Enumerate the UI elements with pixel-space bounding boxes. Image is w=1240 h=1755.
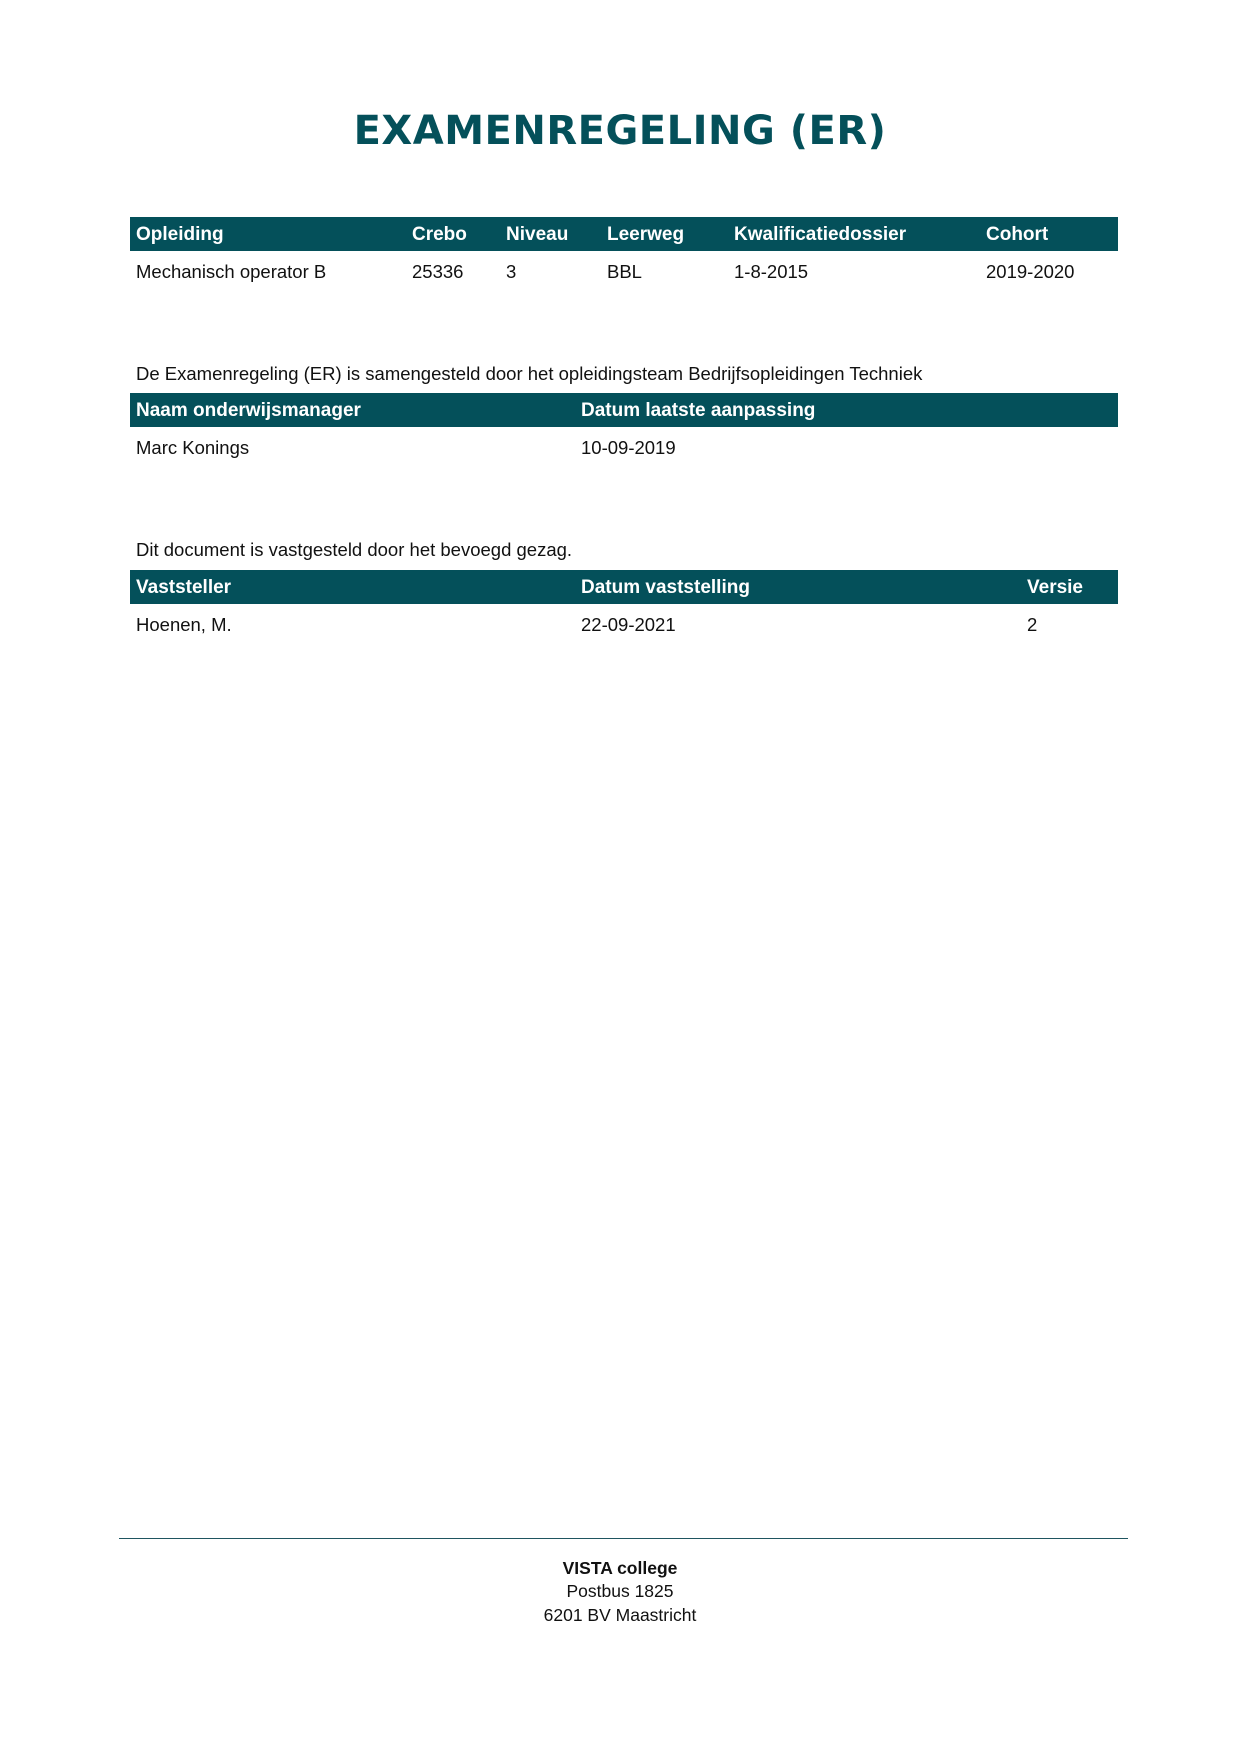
cell-niveau: 3 (506, 261, 516, 283)
header-crebo: Crebo (412, 224, 467, 246)
opleiding-table: Opleiding Crebo Niveau Leerweg Kwalifica… (130, 217, 1118, 289)
vaststelling-table: Vaststeller Datum vaststelling Versie Ho… (130, 570, 1118, 642)
vaststelling-table-header: Vaststeller Datum vaststelling Versie (130, 570, 1118, 604)
cell-leerweg: BBL (607, 261, 642, 283)
header-versie: Versie (1027, 577, 1083, 599)
footer-address-line1: Postbus 1825 (0, 1581, 1240, 1602)
header-datum-laatste-aanpassing: Datum laatste aanpassing (581, 400, 815, 422)
table-row: Mechanisch operator B 25336 3 BBL 1-8-20… (130, 251, 1118, 289)
footer-organization: VISTA college (0, 1558, 1240, 1579)
opleiding-table-header: Opleiding Crebo Niveau Leerweg Kwalifica… (130, 217, 1118, 251)
footer-divider (119, 1538, 1128, 1539)
cell-cohort: 2019-2020 (986, 261, 1074, 283)
header-naam-onderwijsmanager: Naam onderwijsmanager (136, 400, 361, 422)
cell-naam-onderwijsmanager: Marc Konings (136, 437, 249, 459)
header-cohort: Cohort (986, 224, 1048, 246)
samengesteld-text: De Examenregeling (ER) is samengesteld d… (136, 363, 922, 385)
manager-table-header: Naam onderwijsmanager Datum laatste aanp… (130, 393, 1118, 427)
cell-kwalificatiedossier: 1-8-2015 (734, 261, 808, 283)
header-kwalificatiedossier: Kwalificatiedossier (734, 224, 906, 246)
cell-datum-vaststelling: 22-09-2021 (581, 614, 676, 636)
document-title: EXAMENREGELING (ER) (0, 108, 1240, 154)
header-vaststeller: Vaststeller (136, 577, 231, 599)
header-leerweg: Leerweg (607, 224, 684, 246)
cell-opleiding: Mechanisch operator B (136, 261, 326, 283)
table-row: Marc Konings 10-09-2019 (130, 427, 1118, 465)
vastgesteld-text: Dit document is vastgesteld door het bev… (136, 539, 572, 561)
header-opleiding: Opleiding (136, 224, 224, 246)
manager-table: Naam onderwijsmanager Datum laatste aanp… (130, 393, 1118, 465)
footer-address-line2: 6201 BV Maastricht (0, 1605, 1240, 1626)
cell-crebo: 25336 (412, 261, 463, 283)
cell-versie: 2 (1027, 614, 1037, 636)
cell-vaststeller: Hoenen, M. (136, 614, 232, 636)
cell-datum-laatste-aanpassing: 10-09-2019 (581, 437, 676, 459)
header-datum-vaststelling: Datum vaststelling (581, 577, 750, 599)
header-niveau: Niveau (506, 224, 568, 246)
table-row: Hoenen, M. 22-09-2021 2 (130, 604, 1118, 642)
